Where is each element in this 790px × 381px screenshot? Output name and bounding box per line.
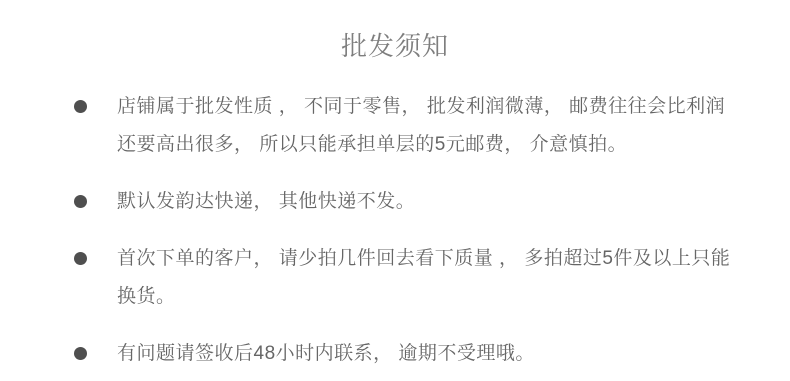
list-item: 店铺属于批发性质 ， 不同于零售， 批发利润微薄， 邮费往往会比利润还要高出很多… (74, 88, 740, 164)
bullet-icon (74, 195, 87, 208)
notice-item-text: 默认发韵达快递， 其他快递不发。 (117, 183, 415, 221)
notice-item-text: 首次下单的客户， 请少拍几件回去看下质量 ， 多拍超过5件及以上只能换货。 (117, 240, 739, 316)
page-title: 批发须知 (0, 30, 790, 62)
list-item: 默认发韵达快递， 其他快递不发。 (74, 183, 740, 221)
wholesale-notice-page: 批发须知 店铺属于批发性质 ， 不同于零售， 批发利润微薄， 邮费往往会比利润还… (0, 0, 790, 381)
list-item: 首次下单的客户， 请少拍几件回去看下质量 ， 多拍超过5件及以上只能换货。 (74, 240, 740, 316)
bullet-icon (74, 100, 87, 113)
bullet-icon (74, 252, 87, 265)
notice-list: 店铺属于批发性质 ， 不同于零售， 批发利润微薄， 邮费往往会比利润还要高出很多… (0, 88, 790, 373)
bullet-icon (74, 347, 87, 360)
notice-item-text: 店铺属于批发性质 ， 不同于零售， 批发利润微薄， 邮费往往会比利润还要高出很多… (117, 88, 739, 164)
notice-item-text: 有问题请签收后48小时内联系， 逾期不受理哦。 (117, 335, 535, 373)
list-item: 有问题请签收后48小时内联系， 逾期不受理哦。 (74, 335, 740, 373)
